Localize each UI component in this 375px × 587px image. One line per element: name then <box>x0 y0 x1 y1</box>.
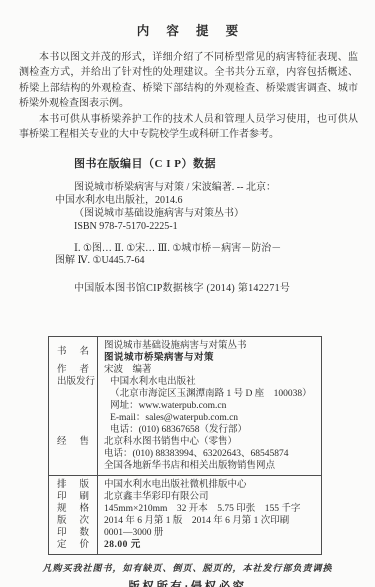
summary-heading: 内 容 提 要 <box>0 0 375 39</box>
colophon-value-line: 宋波 编著 <box>104 364 318 376</box>
label-char: 作 <box>57 364 67 376</box>
colophon-row-label: 印刷 <box>49 491 97 503</box>
colophon-value-line: 中国水利水电出版社微机排版中心 <box>104 479 318 491</box>
colophon-value-line: 28.00 元 <box>104 539 318 551</box>
colophon-value-line: 0001—3000 册 <box>104 527 318 539</box>
colophon-value-line: 145mm×210mm 32 开本 5.75 印张 155 千字 <box>104 503 318 515</box>
colophon-row-4: 经售北京科水图书销售中心（零售）电话：(010) 88383994、632026… <box>49 436 321 472</box>
colophon-row-label: 出版发行 <box>49 376 103 388</box>
colophon-row-value: 中国水利水电出版社（北京市海淀区玉渊潭南路 1 号 D 座 100038）网址：… <box>103 376 321 436</box>
cip-class-line-1: Ⅰ. ①图… Ⅱ. ①宋… Ⅲ. ①城市桥－病害－防治－ <box>55 243 375 256</box>
cip-catalog-number: 中国版本图书馆CIP数据核字 (2014) 第142271号 <box>74 279 375 294</box>
label-char: 售 <box>79 436 89 448</box>
cip-class-line-2: 图解 Ⅳ. ①U445.7-64 <box>55 255 375 268</box>
colophon-row-1: 书名图说城市基础设施病害与对策丛书图说城市桥梁病害与对策 <box>49 340 321 364</box>
label-char: 行 <box>86 376 96 388</box>
colophon-row-value: 宋波 编著 <box>97 364 321 376</box>
colophon-value-line: 北京科水图书销售中心（零售） <box>104 436 318 448</box>
label-char: 者 <box>79 364 89 376</box>
label-char: 印 <box>57 527 67 539</box>
colophon-value-line: 北京鑫丰华彩印有限公司 <box>104 491 318 503</box>
colophon-row-label: 书名 <box>49 346 97 358</box>
label-char: 印 <box>57 491 67 503</box>
colophon-row-label: 规格 <box>49 503 97 515</box>
colophon-value-line: 网址：www.waterpub.com.cn <box>110 400 318 412</box>
colophon-value-line: 中国水利水电出版社 <box>110 376 318 388</box>
colophon-value-line: 电话：(010) 88383994、63202643、68545874 <box>104 448 318 460</box>
colophon-value-line: 图说城市桥梁病害与对策 <box>104 352 318 364</box>
colophon-value-line: 2014 年 6 月第 1 版 2014 年 6 月第 1 次印刷 <box>104 515 318 527</box>
label-char: 排 <box>57 479 67 491</box>
cip-record-line-3: （图说城市基础设施病害与对策丛书） <box>55 208 375 221</box>
label-char: 书 <box>57 346 67 358</box>
colophon-value-line: （北京市海淀区玉渊潭南路 1 号 D 座 100038） <box>110 388 318 400</box>
colophon-value-line: 图说城市基础设施病害与对策丛书 <box>104 340 318 352</box>
colophon-row-value: 145mm×210mm 32 开本 5.75 印张 155 千字 <box>97 503 321 515</box>
colophon-row-value: 中国水利水电出版社微机排版中心 <box>97 479 321 491</box>
cip-classification-block: Ⅰ. ①图… Ⅱ. ①宋… Ⅲ. ①城市桥－病害－防治－图解 Ⅳ. ①U445.… <box>55 243 375 269</box>
book-copyright-page: 内 容 提 要 本书以图文并茂的形式，详细介绍了不同桥型常见的病害特征表现、监测… <box>0 0 375 587</box>
label-char: 刷 <box>79 491 89 503</box>
label-char: 定 <box>57 539 67 551</box>
colophon-row-value: 图说城市基础设施病害与对策丛书图说城市桥梁病害与对策 <box>97 340 321 364</box>
exchange-notice: 凡购买我社图书，如有缺页、倒页、脱页的，本社发行部负责调换 <box>0 561 375 574</box>
cip-record-line-1: 图说城市桥梁病害与对策 / 宋波编著. -- 北京： <box>55 182 375 195</box>
cip-record-line-4: ISBN 978-7-5170-2225-1 <box>55 221 375 234</box>
colophon-row-label: 版次 <box>49 515 97 527</box>
colophon-row-2: 作者宋波 编著 <box>49 364 321 376</box>
copyright-notice: 版权所有·侵权必究 <box>0 578 375 587</box>
colophon-row-value: 2014 年 6 月第 1 版 2014 年 6 月第 1 次印刷 <box>97 515 321 527</box>
colophon-table: 书名图说城市基础设施病害与对策丛书图说城市桥梁病害与对策作者宋波 编著出版发行中… <box>48 336 322 555</box>
colophon-row-label: 印数 <box>49 527 97 539</box>
colophon-row-10: 定价28.00 元 <box>49 539 321 551</box>
label-char: 出 <box>57 376 67 388</box>
colophon-row-7: 规格145mm×210mm 32 开本 5.75 印张 155 千字 <box>49 503 321 515</box>
colophon-row-value: 0001—3000 册 <box>97 527 321 539</box>
colophon-row-label: 经售 <box>49 436 97 448</box>
cip-heading: 图书在版编目（C I P）数据 <box>74 155 375 171</box>
colophon-row-value: 北京鑫丰华彩印有限公司 <box>97 491 321 503</box>
summary-section: 本书以图文并茂的形式，详细介绍了不同桥型常见的病害特征表现、监测检查方式，并给出… <box>19 50 358 142</box>
colophon-row-value: 北京科水图书销售中心（零售）电话：(010) 88383994、63202643… <box>97 436 321 472</box>
summary-paragraph-2: 本书可供从事桥梁养护工作的技术人员和管理人员学习使用，也可供从事桥梁工程相关专业… <box>19 112 358 143</box>
colophon-row-9: 印数0001—3000 册 <box>49 527 321 539</box>
label-char: 发 <box>76 376 86 388</box>
colophon-row-value: 28.00 元 <box>97 539 321 551</box>
colophon-value-line: 电话：(010) 68367658（发行部） <box>110 424 318 436</box>
label-char: 次 <box>79 515 89 527</box>
colophon-row-5: 排版中国水利水电出版社微机排版中心 <box>49 479 321 491</box>
colophon-row-label: 排版 <box>49 479 97 491</box>
colophon-row-6: 印刷北京鑫丰华彩印有限公司 <box>49 491 321 503</box>
label-char: 规 <box>57 503 67 515</box>
label-char: 格 <box>79 503 89 515</box>
label-char: 经 <box>57 436 67 448</box>
colophon-row-8: 版次2014 年 6 月第 1 版 2014 年 6 月第 1 次印刷 <box>49 515 321 527</box>
colophon-value-line: E-mail：sales@waterpub.com.cn <box>110 412 318 424</box>
label-char: 版 <box>67 376 77 388</box>
label-char: 版 <box>79 479 89 491</box>
label-char: 名 <box>79 346 89 358</box>
colophon-row-label: 作者 <box>49 364 97 376</box>
colophon-section-printing: 排版中国水利水电出版社微机排版中心印刷北京鑫丰华彩印有限公司规格145mm×21… <box>49 475 321 554</box>
label-char: 数 <box>79 527 89 539</box>
cip-record-line-2: 中国水利水电出版社，2014.6 <box>55 195 375 208</box>
label-char: 版 <box>57 515 67 527</box>
cip-record-block: 图说城市桥梁病害与对策 / 宋波编著. -- 北京：中国水利水电出版社，2014… <box>55 182 375 233</box>
colophon-row-label: 定价 <box>49 539 97 551</box>
colophon-section-publishing: 书名图说城市基础设施病害与对策丛书图说城市桥梁病害与对策作者宋波 编著出版发行中… <box>49 337 321 475</box>
colophon-value-line: 全国各地新华书店和相关出版物销售网点 <box>104 460 318 472</box>
label-char: 价 <box>79 539 89 551</box>
colophon-row-3: 出版发行中国水利水电出版社（北京市海淀区玉渊潭南路 1 号 D 座 100038… <box>49 376 321 436</box>
summary-paragraph-1: 本书以图文并茂的形式，详细介绍了不同桥型常见的病害特征表现、监测检查方式，并给出… <box>19 50 358 112</box>
